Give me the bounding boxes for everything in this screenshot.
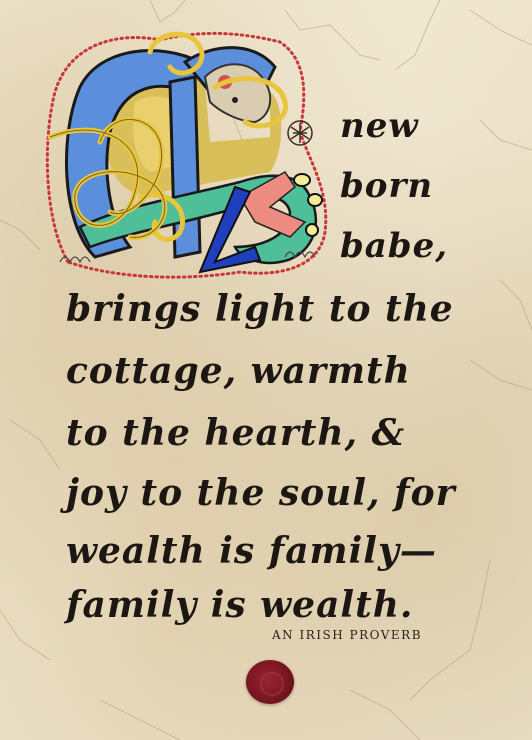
seal-emblem-icon [260, 672, 284, 696]
verse-line-1: new [340, 106, 419, 146]
wax-seal-icon [246, 660, 294, 704]
celtic-knot-ornament-icon [285, 118, 315, 148]
verse-line-6: to the hearth, & [66, 412, 405, 454]
verse-line-9: family is wealth. [66, 584, 413, 626]
illuminated-drop-cap-icon [40, 22, 340, 284]
verse-line-2: born [340, 166, 433, 206]
verse-line-8: wealth is family— [66, 530, 437, 572]
attribution-caption: an irish proverb [272, 628, 422, 642]
verse-line-7: joy to the soul, for [66, 472, 456, 514]
verse-line-4: brings light to the [66, 288, 454, 330]
verse-line-5: cottage, warmth [66, 350, 411, 392]
verse-line-3: babe, [340, 226, 448, 266]
